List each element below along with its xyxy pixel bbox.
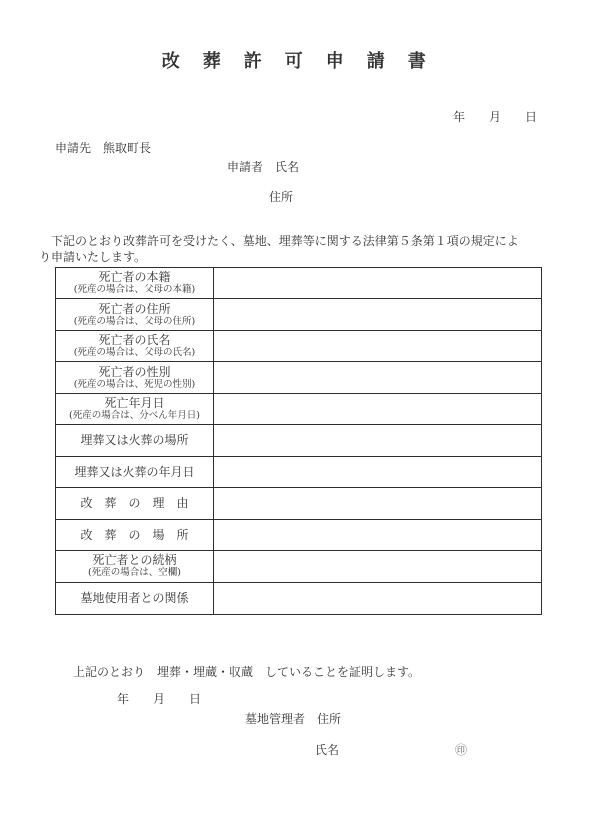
table-row: 墓地使用者との関係 bbox=[56, 583, 541, 614]
row-label-cell: 死亡者の本籍 (死産の場合は、父母の本籍) bbox=[56, 268, 214, 298]
row-value-cell bbox=[214, 488, 541, 518]
intro-line-1: 下記のとおり改葬許可を受けたく、墓地、埋葬等に関する法律第５条第１項の規定によ bbox=[39, 233, 559, 249]
header-date-line: 年 月 日 bbox=[453, 109, 537, 125]
row-label-cell: 死亡年月日 (死産の場合は、分べん年月日) bbox=[56, 394, 214, 424]
row-label-cell: 改 葬 の 場 所 bbox=[56, 520, 214, 550]
row-label-main: 死亡年月日 bbox=[104, 396, 164, 410]
table-row: 埋葬又は火葬の場所 bbox=[56, 425, 541, 456]
row-label-main: 死亡者の性別 bbox=[98, 365, 170, 379]
row-label-note: (死産の場合は、父母の本籍) bbox=[74, 284, 195, 296]
row-value-cell bbox=[214, 583, 541, 614]
row-label-note: (死産の場合は、分べん年月日) bbox=[69, 410, 200, 422]
applicant-address-label: 住所 bbox=[269, 189, 293, 205]
addressee-line: 申請先 熊取町長 bbox=[55, 140, 151, 156]
row-label-main: 墓地使用者との関係 bbox=[80, 591, 188, 605]
intro-line-2: り申請いたします。 bbox=[39, 249, 559, 265]
cemetery-manager-line: 墓地管理者 住所 bbox=[245, 711, 341, 727]
row-label-cell: 死亡者との続柄 (死産の場合は、空欄) bbox=[56, 551, 214, 581]
row-label-cell: 埋葬又は火葬の場所 bbox=[56, 425, 214, 455]
row-value-cell bbox=[214, 457, 541, 487]
row-label-main: 死亡者の本籍 bbox=[98, 270, 170, 284]
row-value-cell bbox=[214, 520, 541, 550]
table-row: 死亡年月日 (死産の場合は、分べん年月日) bbox=[56, 394, 541, 425]
table-row: 死亡者の本籍 (死産の場合は、父母の本籍) bbox=[56, 268, 541, 299]
row-value-cell bbox=[214, 331, 541, 361]
table-row: 改 葬 の 場 所 bbox=[56, 520, 541, 551]
row-value-cell bbox=[214, 394, 541, 424]
table-row: 埋葬又は火葬の年月日 bbox=[56, 457, 541, 488]
row-label-cell: 死亡者の住所 (死産の場合は、父母の住所) bbox=[56, 299, 214, 329]
row-label-main: 埋葬又は火葬の場所 bbox=[80, 433, 188, 447]
row-label-main: 死亡者との続柄 bbox=[92, 553, 176, 567]
row-value-cell bbox=[214, 551, 541, 581]
row-label-cell: 死亡者の性別 (死産の場合は、死児の性別) bbox=[56, 362, 214, 392]
table-row: 死亡者の氏名 (死産の場合は、父母の氏名) bbox=[56, 331, 541, 362]
row-label-main: 改 葬 の 場 所 bbox=[80, 528, 188, 542]
manager-name-label: 氏名 bbox=[315, 742, 339, 758]
certification-date-line: 年 月 日 bbox=[117, 691, 201, 707]
row-label-cell: 埋葬又は火葬の年月日 bbox=[56, 457, 214, 487]
application-table: 死亡者の本籍 (死産の場合は、父母の本籍) 死亡者の住所 (死産の場合は、父母の… bbox=[55, 267, 542, 615]
row-label-note: (死産の場合は、父母の氏名) bbox=[74, 347, 195, 359]
row-label-main: 死亡者の氏名 bbox=[98, 333, 170, 347]
row-label-note: (死産の場合は、空欄) bbox=[88, 567, 181, 579]
row-label-main: 死亡者の住所 bbox=[98, 302, 170, 316]
table-row: 死亡者との続柄 (死産の場合は、空欄) bbox=[56, 551, 541, 582]
page-title: 改 葬 許 可 申 請 書 bbox=[0, 51, 590, 73]
row-label-cell: 墓地使用者との関係 bbox=[56, 583, 214, 614]
row-label-cell: 死亡者の氏名 (死産の場合は、父母の氏名) bbox=[56, 331, 214, 361]
row-value-cell bbox=[214, 268, 541, 298]
row-label-main: 埋葬又は火葬の年月日 bbox=[74, 465, 194, 479]
row-label-note: (死産の場合は、死児の性別) bbox=[74, 379, 195, 391]
row-value-cell bbox=[214, 299, 541, 329]
document-page: { "document": { "title": "改 葬 許 可 申 請 書"… bbox=[0, 0, 590, 833]
intro-paragraph: 下記のとおり改葬許可を受けたく、墓地、埋葬等に関する法律第５条第１項の規定によ … bbox=[39, 233, 559, 265]
table-row: 死亡者の性別 (死産の場合は、死児の性別) bbox=[56, 362, 541, 393]
table-row: 死亡者の住所 (死産の場合は、父母の住所) bbox=[56, 299, 541, 330]
row-value-cell bbox=[214, 425, 541, 455]
row-label-note: (死産の場合は、父母の住所) bbox=[74, 316, 195, 328]
applicant-name-line: 申請者 氏名 bbox=[227, 159, 299, 175]
row-label-main: 改 葬 の 理 由 bbox=[80, 496, 188, 510]
row-value-cell bbox=[214, 362, 541, 392]
row-label-cell: 改 葬 の 理 由 bbox=[56, 488, 214, 518]
table-row: 改 葬 の 理 由 bbox=[56, 488, 541, 519]
certification-statement: 上記のとおり 埋葬・埋蔵・収蔵 していることを証明します。 bbox=[73, 664, 420, 680]
seal-mark-icon: ㊞ bbox=[455, 741, 467, 758]
